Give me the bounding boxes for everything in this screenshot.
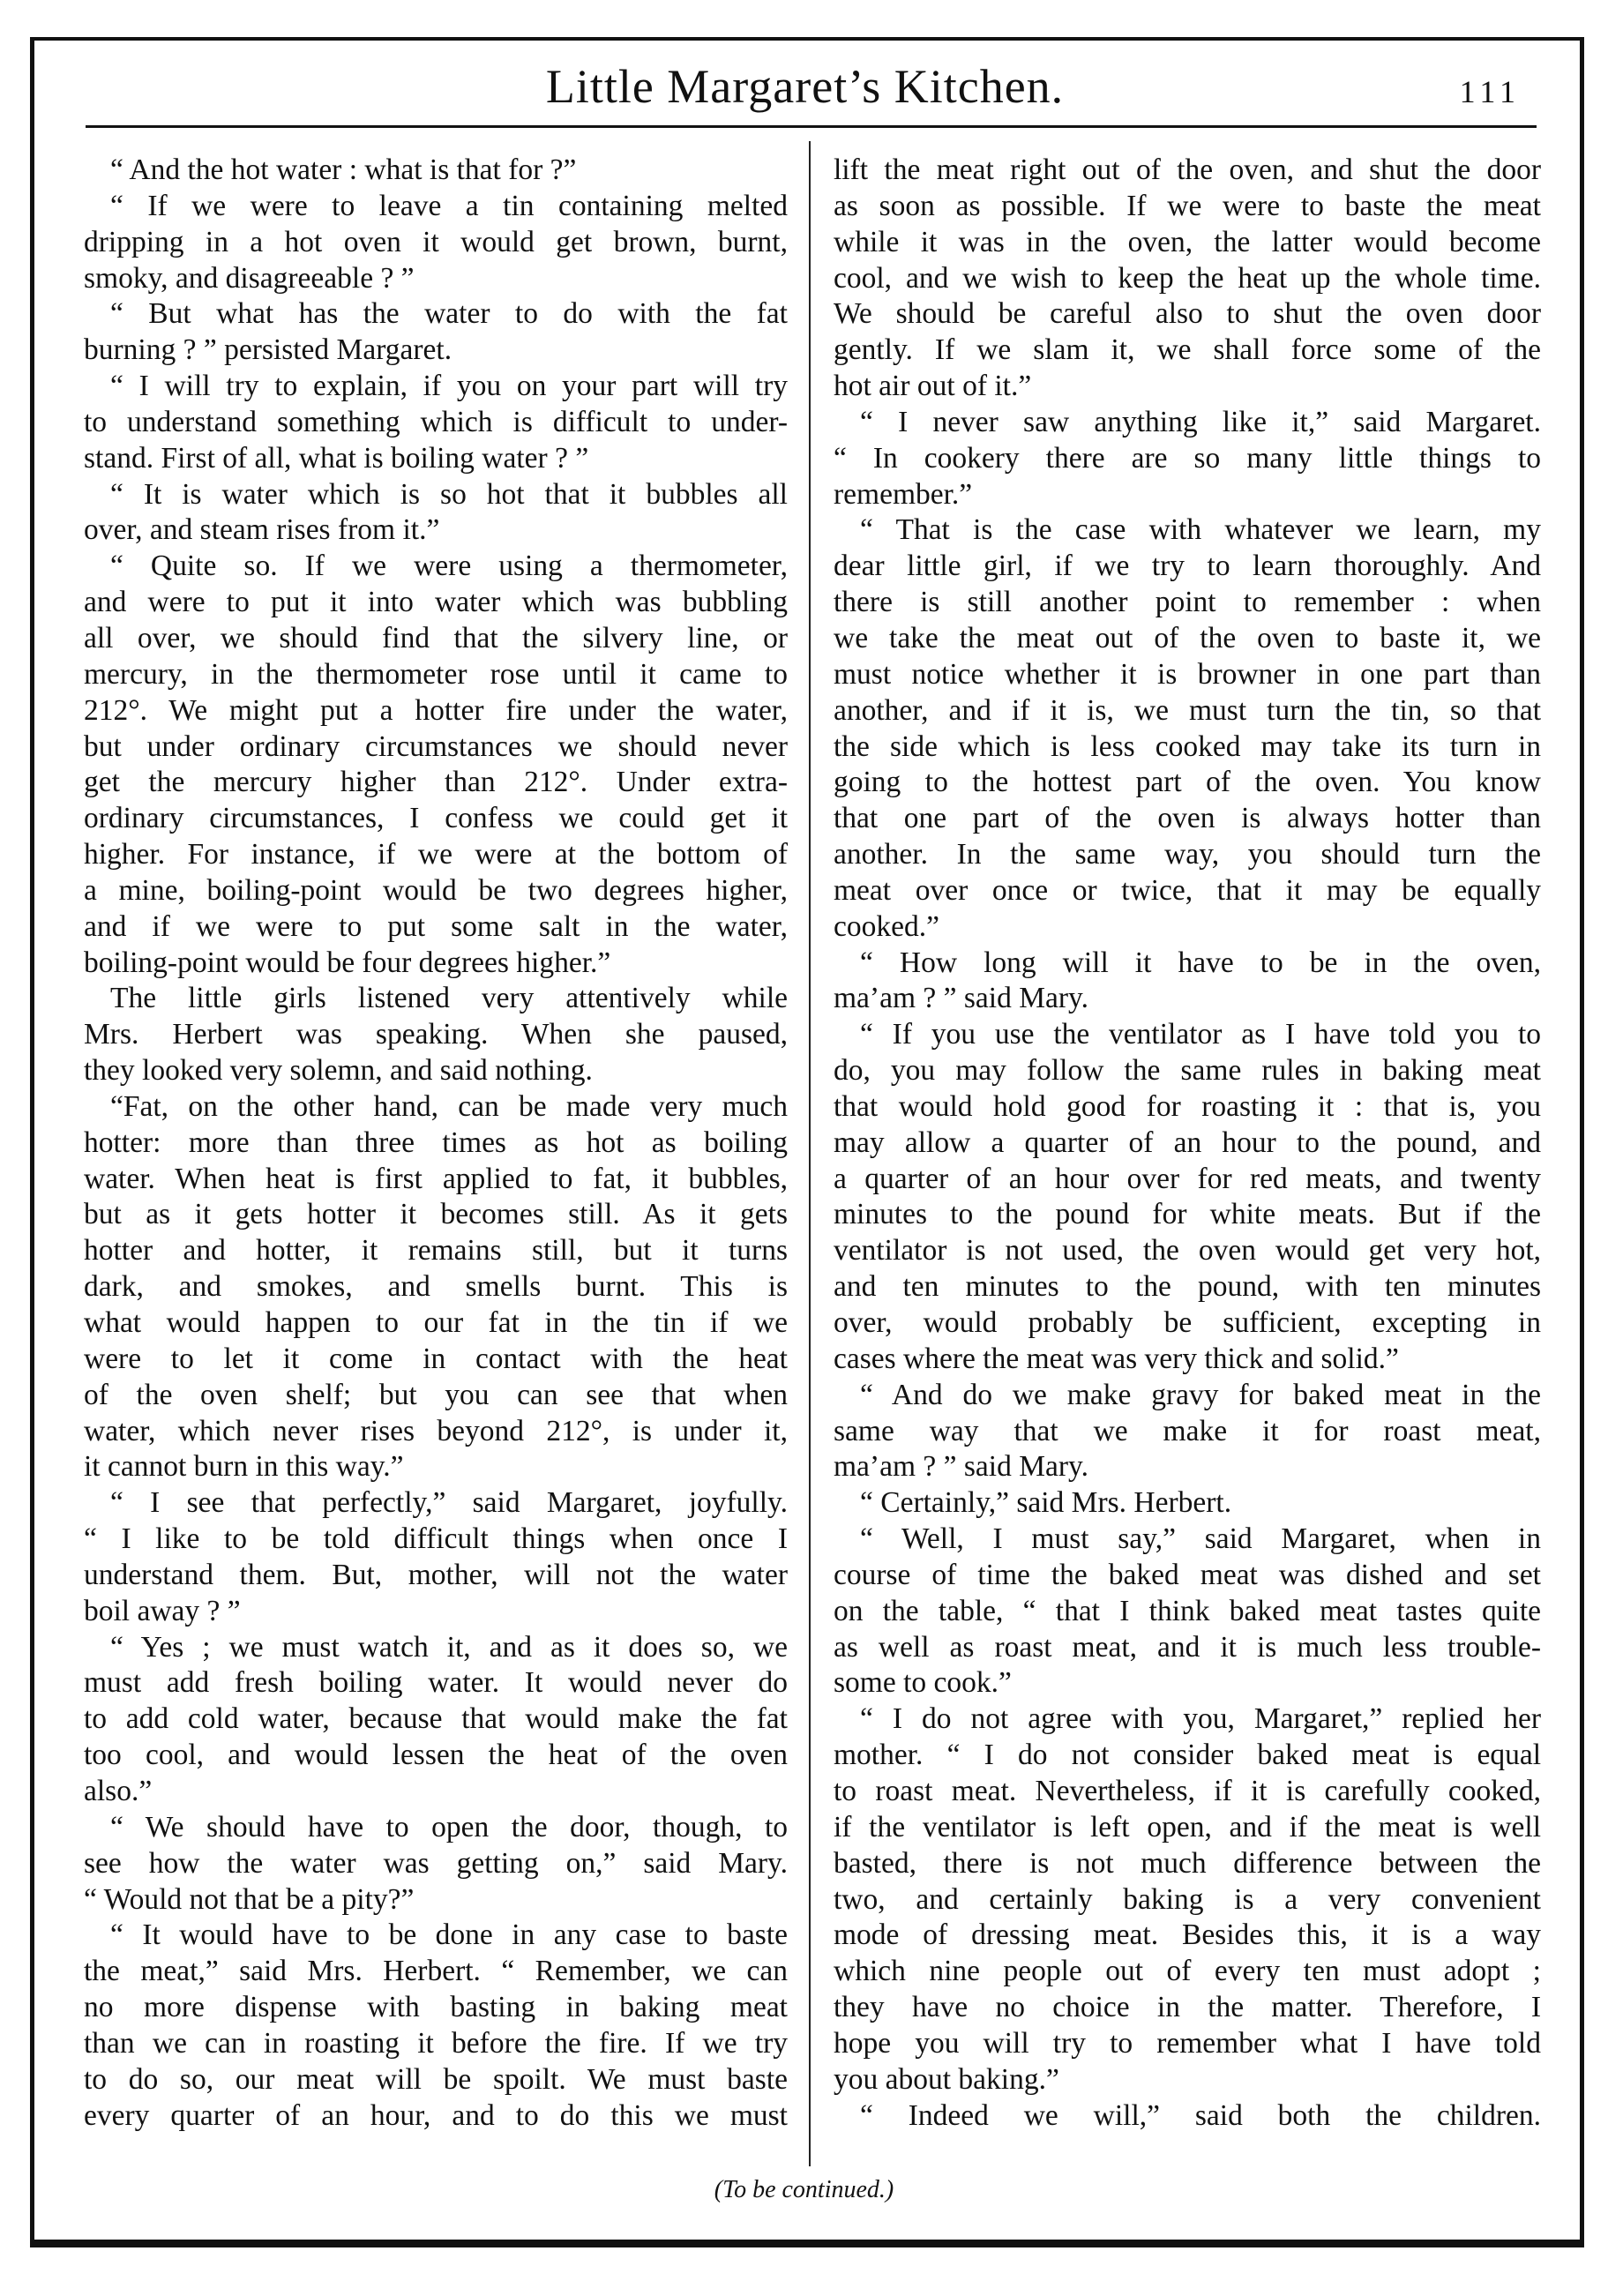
text-line: “ I will try to explain, if you on your … <box>84 369 788 405</box>
text-line: boil away ? ” <box>84 1594 788 1630</box>
text-line: a mine, boiling-point would be two degre… <box>84 873 788 909</box>
text-line: ma’am ? ” said Mary. <box>834 1449 1541 1485</box>
text-line: mode of dressing meat. Besides this, it … <box>834 1918 1541 1954</box>
text-line: mother. “ I do not consider baked meat i… <box>834 1738 1541 1774</box>
left-column: “ And the hot water : what is that for ?… <box>84 153 788 2134</box>
text-line: ma’am ? ” said Mary. <box>834 981 1541 1017</box>
text-line: also.” <box>84 1774 788 1810</box>
text-line: what would happen to our fat in the tin … <box>84 1305 788 1342</box>
text-line: while it was in the oven, the latter wou… <box>834 225 1541 261</box>
text-line: as soon as possible. If we were to baste… <box>834 189 1541 225</box>
text-line: “ Quite so. If we were using a thermomet… <box>84 549 788 585</box>
text-line: The little girls listened very attentive… <box>84 981 788 1017</box>
text-line: We should be careful also to shut the ov… <box>834 296 1541 333</box>
text-line: lift the meat right out of the oven, and… <box>834 153 1541 189</box>
text-line: as well as roast meat, and it is much le… <box>834 1630 1541 1666</box>
text-line: “ That is the case with whatever we lear… <box>834 512 1541 549</box>
text-line: “ If you use the ventilator as I have to… <box>834 1017 1541 1053</box>
text-line: the side which is less cooked may take i… <box>834 729 1541 766</box>
text-line: two, and certainly baking is a very conv… <box>834 1882 1541 1918</box>
text-line: another. In the same way, you should tur… <box>834 837 1541 873</box>
text-line: too cool, and would lessen the heat of t… <box>84 1738 788 1774</box>
text-line: “ And the hot water : what is that for ?… <box>84 153 788 189</box>
text-line: hotter: more than three times as hot as … <box>84 1126 788 1162</box>
text-line: no more dispense with basting in baking … <box>84 1990 788 2026</box>
text-line: “ I do not agree with you, Margaret,” re… <box>834 1701 1541 1738</box>
text-line: boiling-point would be four degrees high… <box>84 946 788 982</box>
text-line: they looked very solemn, and said nothin… <box>84 1053 788 1089</box>
text-line: of the oven shelf; but you can see that … <box>84 1378 788 1414</box>
text-line: do, you may follow the same rules in bak… <box>834 1053 1541 1089</box>
text-line: they have no choice in the matter. There… <box>834 1990 1541 2026</box>
text-line: if the ventilator is left open, and if t… <box>834 1810 1541 1846</box>
text-line: than we can in roasting it before the fi… <box>84 2026 788 2062</box>
text-line: “Fat, on the other hand, can be made ver… <box>84 1089 788 1126</box>
to-be-continued: (To be continued.) <box>0 2174 1608 2206</box>
text-line: gently. If we slam it, we shall force so… <box>834 333 1541 369</box>
text-line: “ Yes ; we must watch it, and as it does… <box>84 1630 788 1666</box>
text-line: smoky, and disagreeable ? ” <box>84 261 788 297</box>
text-line: there is still another point to remember… <box>834 585 1541 621</box>
text-line: to understand something which is difficu… <box>84 405 788 441</box>
text-line: but as it gets hotter it becomes still. … <box>84 1197 788 1233</box>
text-line: 212°. We might put a hotter fire under t… <box>84 693 788 729</box>
header-rule <box>86 125 1537 128</box>
page-title: Little Margaret’s Kitchen. <box>0 60 1608 113</box>
text-line: higher. For instance, if we were at the … <box>84 837 788 873</box>
text-line: to add cold water, because that would ma… <box>84 1701 788 1738</box>
text-line: over, would probably be sufficient, exce… <box>834 1305 1541 1342</box>
text-line: to roast meat. Nevertheless, if it is ca… <box>834 1774 1541 1810</box>
text-line: and were to put it into water which was … <box>84 585 788 621</box>
text-line: “ I see that perfectly,” said Margaret, … <box>84 1485 788 1522</box>
text-line: cool, and we wish to keep the heat up th… <box>834 261 1541 297</box>
text-line: may allow a quarter of an hour to the po… <box>834 1126 1541 1162</box>
text-line: water, which never rises beyond 212°, is… <box>84 1414 788 1450</box>
text-line: “ But what has the water to do with the … <box>84 296 788 333</box>
text-line: “ It is water which is so hot that it bu… <box>84 477 788 513</box>
text-line: Mrs. Herbert was speaking. When she paus… <box>84 1017 788 1053</box>
text-line: that one part of the oven is always hott… <box>834 801 1541 837</box>
text-line: “ How long will it have to be in the ove… <box>834 946 1541 982</box>
text-line: that would hold good for roasting it : t… <box>834 1089 1541 1126</box>
text-line: and ten minutes to the pound, with ten m… <box>834 1269 1541 1305</box>
text-line: and if we were to put some salt in the w… <box>84 909 788 946</box>
text-line: “ I never saw anything like it,” said Ma… <box>834 405 1541 441</box>
text-line: which nine people out of every ten must … <box>834 1954 1541 1990</box>
text-line: hotter and hotter, it remains still, but… <box>84 1233 788 1269</box>
text-line: “ It would have to be done in any case t… <box>84 1918 788 1954</box>
text-line: meat over once or twice, that it may be … <box>834 873 1541 909</box>
text-line: burning ? ” persisted Margaret. <box>84 333 788 369</box>
text-line: stand. First of all, what is boiling wat… <box>84 441 788 477</box>
column-divider <box>809 141 811 2166</box>
text-line: “ In cookery there are so many little th… <box>834 441 1541 477</box>
text-line: dripping in a hot oven it would get brow… <box>84 225 788 261</box>
text-line: must add fresh boiling water. It would n… <box>84 1665 788 1701</box>
text-line: going to the hottest part of the oven. Y… <box>834 765 1541 801</box>
text-line: get the mercury higher than 212°. Under … <box>84 765 788 801</box>
text-line: same way that we make it for roast meat, <box>834 1414 1541 1450</box>
text-line: ordinary circumstances, I confess we cou… <box>84 801 788 837</box>
text-line: on the table, “ that I think baked meat … <box>834 1594 1541 1630</box>
text-line: another, and if it is, we must turn the … <box>834 693 1541 729</box>
text-line: were to let it come in contact with the … <box>84 1342 788 1378</box>
text-line: we take the meat out of the oven to bast… <box>834 621 1541 657</box>
text-line: “ And do we make gravy for baked meat in… <box>834 1378 1541 1414</box>
text-line: some to cook.” <box>834 1665 1541 1701</box>
text-line: must notice whether it is browner in one… <box>834 657 1541 693</box>
text-line: water. When heat is first applied to fat… <box>84 1162 788 1198</box>
text-line: minutes to the pound for white meats. Bu… <box>834 1197 1541 1233</box>
text-line: dark, and smokes, and smells burnt. This… <box>84 1269 788 1305</box>
text-line: remember.” <box>834 477 1541 513</box>
text-line: “ Indeed we will,” said both the childre… <box>834 2098 1541 2135</box>
text-line: “ Well, I must say,” said Margaret, when… <box>834 1522 1541 1558</box>
text-line: you about baking.” <box>834 2062 1541 2098</box>
text-line: ventilator is not used, the oven would g… <box>834 1233 1541 1269</box>
text-line: the meat,” said Mrs. Herbert. “ Remember… <box>84 1954 788 1990</box>
text-line: “ Certainly,” said Mrs. Herbert. <box>834 1485 1541 1522</box>
text-line: hope you will try to remember what I hav… <box>834 2026 1541 2062</box>
text-line: to do so, our meat will be spoilt. We mu… <box>84 2062 788 2098</box>
text-line: understand them. But, mother, will not t… <box>84 1558 788 1594</box>
text-line: cases where the meat was very thick and … <box>834 1342 1541 1378</box>
text-line: but under ordinary circumstances we shou… <box>84 729 788 766</box>
right-column: lift the meat right out of the oven, and… <box>834 153 1541 2134</box>
text-line: “ I like to be told difficult things whe… <box>84 1522 788 1558</box>
text-line: it cannot burn in this way.” <box>84 1449 788 1485</box>
page-number: 111 <box>1447 72 1521 111</box>
text-line: cooked.” <box>834 909 1541 946</box>
text-line: mercury, in the thermometer rose until i… <box>84 657 788 693</box>
text-line: basted, there is not much difference bet… <box>834 1846 1541 1882</box>
text-line: course of time the baked meat was dished… <box>834 1558 1541 1594</box>
text-line: every quarter of an hour, and to do this… <box>84 2098 788 2135</box>
text-line: dear little girl, if we try to learn tho… <box>834 549 1541 585</box>
text-line: “ Would not that be a pity?” <box>84 1882 788 1918</box>
text-line: a quarter of an hour over for red meats,… <box>834 1162 1541 1198</box>
text-line: over, and steam rises from it.” <box>84 512 788 549</box>
text-line: “ We should have to open the door, thoug… <box>84 1810 788 1846</box>
page-title-text: Little Margaret’s Kitchen. <box>546 60 1064 113</box>
text-line: hot air out of it.” <box>834 369 1541 405</box>
text-line: see how the water was getting on,” said … <box>84 1846 788 1882</box>
text-line: “ If we were to leave a tin containing m… <box>84 189 788 225</box>
text-line: all over, we should find that the silver… <box>84 621 788 657</box>
